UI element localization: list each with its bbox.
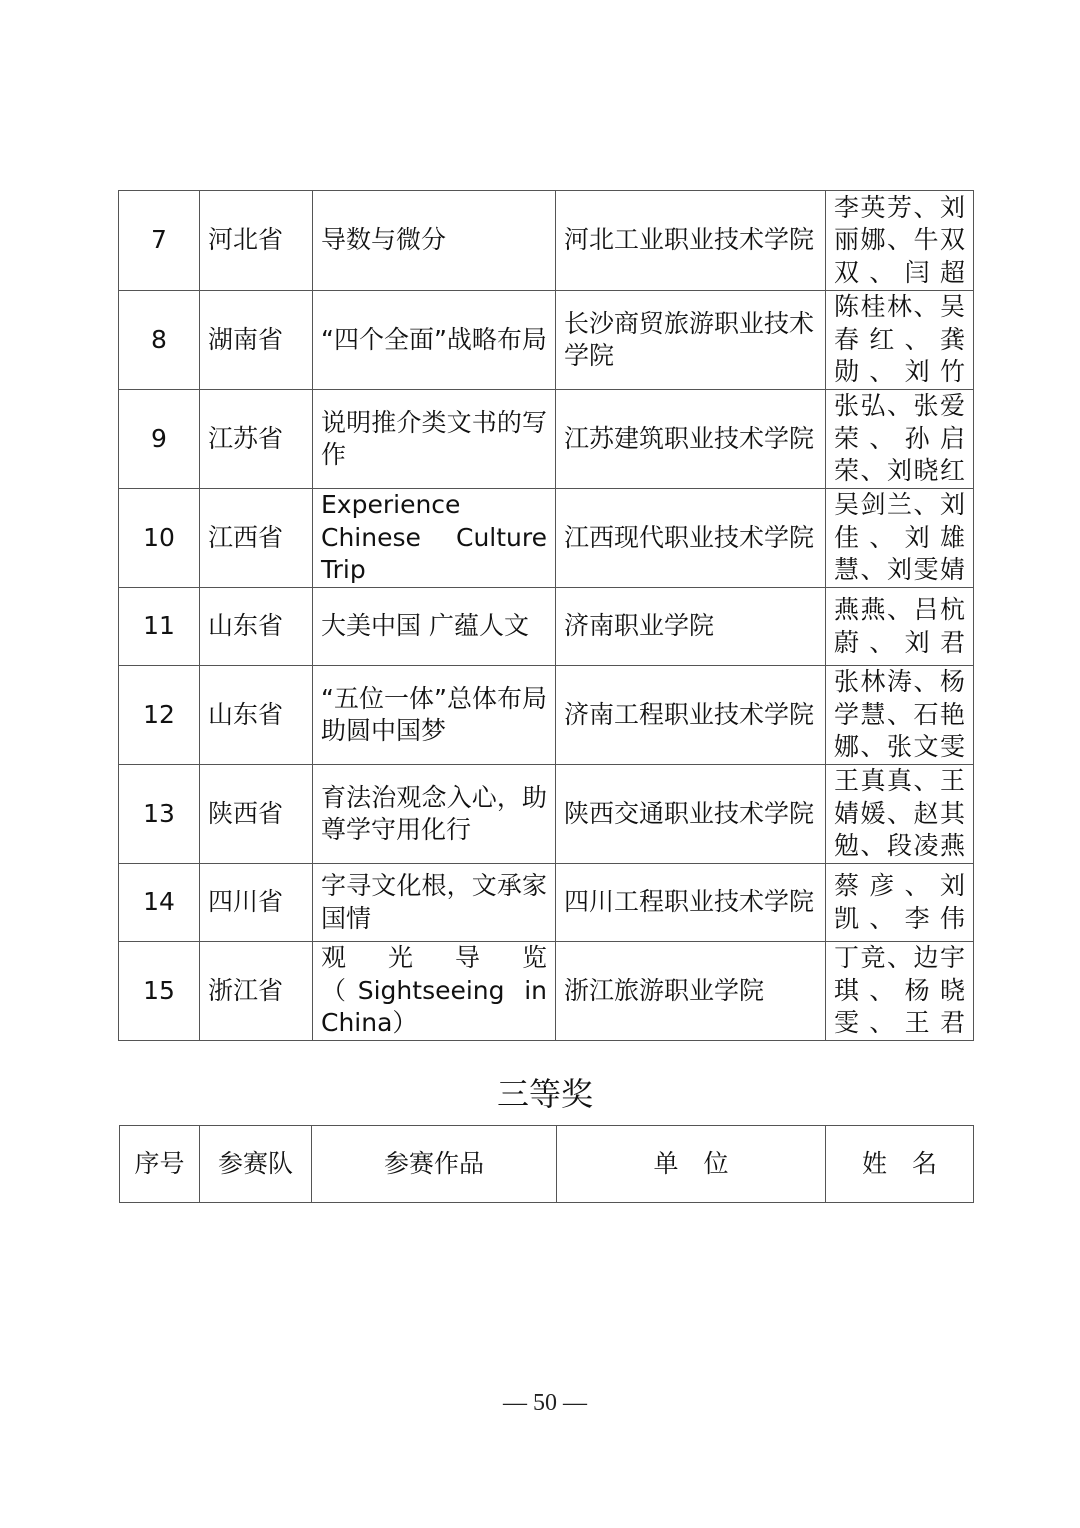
table-row: 13陕西省育法治观念入心，助尊学守用化行陕西交通职业技术学院王真真、王婧媛、赵其…: [119, 765, 974, 864]
table-row: 7河北省导数与微分河北工业职业技术学院李英芳、刘丽娜、牛双双、闫超: [119, 191, 974, 291]
cell-team: 河北省: [200, 191, 313, 291]
name-line: 慧、刘雯婧: [834, 554, 965, 587]
name-line: 燕燕、吕杭: [834, 594, 965, 627]
cell-unit: 济南工程职业技术学院: [556, 666, 826, 765]
table-row: 8湖南省“四个全面”战略布局长沙商贸旅游职业技术学院陈桂林、吴春红、龚勋、刘竹: [119, 291, 974, 390]
header-names: 姓 名: [826, 1126, 974, 1203]
cell-number: 7: [119, 191, 200, 291]
cell-number: 8: [119, 291, 200, 390]
name-line: 李英芳、刘: [834, 192, 965, 225]
header-unit: 单 位: [557, 1126, 826, 1203]
table-row: 12山东省“五位一体”总体布局助圆中国梦济南工程职业技术学院张林涛、杨学慧、石艳…: [119, 666, 974, 765]
cell-number: 9: [119, 390, 200, 489]
cell-work: Experience Chinese Culture Trip: [313, 489, 556, 588]
name-line: 勋、刘竹: [834, 356, 965, 389]
cell-names: 吴剑兰、刘佳、刘雄慧、刘雯婧: [826, 489, 974, 588]
name-line: 婧媛、赵其: [834, 798, 965, 831]
name-line: 张弘、张爱: [834, 390, 965, 423]
cell-unit: 江苏建筑职业技术学院: [556, 390, 826, 489]
cell-work: 说明推介类文书的写作: [313, 390, 556, 489]
cell-team: 江西省: [200, 489, 313, 588]
cell-names: 蔡彦、刘凯、李伟: [826, 864, 974, 942]
cell-names: 李英芳、刘丽娜、牛双双、闫超: [826, 191, 974, 291]
name-line: 娜、张文雯: [834, 731, 965, 764]
name-line: 春红、龚: [834, 324, 965, 357]
header-work: 参赛作品: [312, 1126, 557, 1203]
cell-names: 燕燕、吕杭蔚、刘君: [826, 588, 974, 666]
cell-names: 张林涛、杨学慧、石艳娜、张文雯: [826, 666, 974, 765]
cell-team: 山东省: [200, 588, 313, 666]
cell-work: 观 光 导 览（Sightseeing in China）: [313, 942, 556, 1041]
name-line: 蔚、刘君: [834, 627, 965, 660]
cell-unit: 长沙商贸旅游职业技术学院: [556, 291, 826, 390]
cell-names: 陈桂林、吴春红、龚勋、刘竹: [826, 291, 974, 390]
cell-number: 10: [119, 489, 200, 588]
cell-work: “四个全面”战略布局: [313, 291, 556, 390]
name-line: 陈桂林、吴: [834, 291, 965, 324]
cell-unit: 江西现代职业技术学院: [556, 489, 826, 588]
cell-names: 张弘、张爱荣、孙启荣、刘晓红: [826, 390, 974, 489]
cell-team: 江苏省: [200, 390, 313, 489]
cell-team: 四川省: [200, 864, 313, 942]
table-row: 15浙江省观 光 导 览（Sightseeing in China）浙江旅游职业…: [119, 942, 974, 1041]
cell-names: 王真真、王婧媛、赵其勉、段凌燕: [826, 765, 974, 864]
second-prize-table: 7河北省导数与微分河北工业职业技术学院李英芳、刘丽娜、牛双双、闫超8湖南省“四个…: [118, 190, 974, 1041]
name-line: 学慧、石艳: [834, 699, 965, 732]
cell-unit: 陕西交通职业技术学院: [556, 765, 826, 864]
table-row: 10江西省Experience Chinese Culture Trip江西现代…: [119, 489, 974, 588]
name-line: 勉、段凌燕: [834, 830, 965, 863]
table-header-row: 序号 参赛队 参赛作品 单 位 姓 名: [120, 1126, 974, 1203]
cell-work: 育法治观念入心，助尊学守用化行: [313, 765, 556, 864]
cell-unit: 四川工程职业技术学院: [556, 864, 826, 942]
header-team: 参赛队: [200, 1126, 312, 1203]
name-line: 丽娜、牛双: [834, 224, 965, 257]
name-line: 雯、王君: [834, 1007, 965, 1040]
cell-number: 12: [119, 666, 200, 765]
name-line: 双、闫超: [834, 257, 965, 290]
cell-team: 湖南省: [200, 291, 313, 390]
name-line: 吴剑兰、刘: [834, 489, 965, 522]
cell-number: 11: [119, 588, 200, 666]
cell-unit: 济南职业学院: [556, 588, 826, 666]
third-prize-heading: 三等奖: [0, 1074, 1080, 1114]
name-line: 凯、李伟: [834, 903, 965, 936]
table-row: 11山东省大美中国 广蕴人文济南职业学院燕燕、吕杭蔚、刘君: [119, 588, 974, 666]
cell-work: 大美中国 广蕴人文: [313, 588, 556, 666]
cell-number: 13: [119, 765, 200, 864]
name-line: 佳、刘雄: [834, 522, 965, 555]
name-line: 荣、孙启: [834, 423, 965, 456]
cell-team: 浙江省: [200, 942, 313, 1041]
name-line: 琪、杨晓: [834, 975, 965, 1008]
table-row: 9江苏省说明推介类文书的写作江苏建筑职业技术学院张弘、张爱荣、孙启荣、刘晓红: [119, 390, 974, 489]
cell-team: 山东省: [200, 666, 313, 765]
header-no: 序号: [120, 1126, 200, 1203]
name-line: 张林涛、杨: [834, 666, 965, 699]
cell-work: 字寻文化根，文承家国情: [313, 864, 556, 942]
cell-unit: 河北工业职业技术学院: [556, 191, 826, 291]
cell-work: “五位一体”总体布局助圆中国梦: [313, 666, 556, 765]
name-line: 王真真、王: [834, 765, 965, 798]
table-row: 14四川省字寻文化根，文承家国情四川工程职业技术学院蔡彦、刘凯、李伟: [119, 864, 974, 942]
name-line: 蔡彦、刘: [834, 870, 965, 903]
cell-team: 陕西省: [200, 765, 313, 864]
cell-number: 15: [119, 942, 200, 1041]
page-number: — 50 —: [0, 1390, 1080, 1417]
cell-work: 导数与微分: [313, 191, 556, 291]
cell-number: 14: [119, 864, 200, 942]
third-prize-table: 序号 参赛队 参赛作品 单 位 姓 名: [119, 1125, 974, 1203]
cell-unit: 浙江旅游职业学院: [556, 942, 826, 1041]
name-line: 丁竞、边宇: [834, 942, 965, 975]
name-line: 荣、刘晓红: [834, 455, 965, 488]
cell-names: 丁竞、边宇琪、杨晓雯、王君: [826, 942, 974, 1041]
